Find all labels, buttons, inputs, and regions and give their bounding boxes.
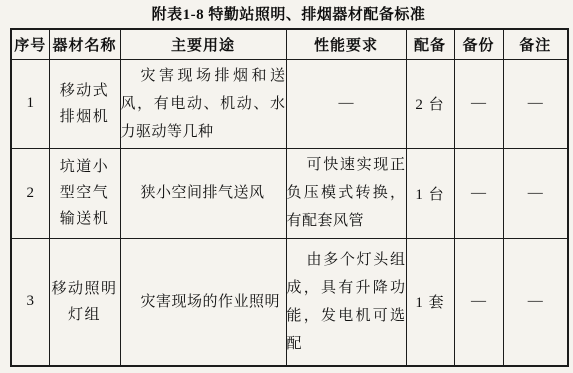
cell-allocation: 1 套 <box>406 238 454 366</box>
header-allocation: 配备 <box>406 29 454 59</box>
cell-main-use: 狭小空间排气送风 <box>120 148 286 238</box>
table-row: 2 坑道小 型空气 输送机 狭小空间排气送风 可快速实现正负压模式转换，有配套风… <box>11 148 568 238</box>
table-title: 附表1-8 特勤站照明、排烟器材配备标准 <box>10 3 567 24</box>
cell-backup: — <box>454 148 503 238</box>
equipment-standard-table: 序号 器材名称 主要用途 性能要求 配备 备份 备注 1 移动式 排烟机 灾害现… <box>10 28 569 367</box>
table-row: 1 移动式 排烟机 灾害现场排烟和送风，有电动、机动、水力驱动等几种 — 2 台… <box>11 59 568 148</box>
cell-serial-number: 2 <box>11 148 49 238</box>
cell-equipment-name: 移动照明 灯组 <box>49 238 120 366</box>
cell-performance-requirement: 可快速实现正负压模式转换，有配套风管 <box>286 148 406 238</box>
cell-equipment-name: 坑道小 型空气 输送机 <box>49 148 120 238</box>
cell-remarks: — <box>503 59 568 148</box>
cell-backup: — <box>454 238 503 366</box>
header-row: 序号 器材名称 主要用途 性能要求 配备 备份 备注 <box>11 29 568 59</box>
cell-backup: — <box>454 59 503 148</box>
cell-allocation: 1 台 <box>406 148 454 238</box>
cell-serial-number: 1 <box>11 59 49 148</box>
cell-main-use: 灾害现场排烟和送风，有电动、机动、水力驱动等几种 <box>120 59 286 148</box>
performance-text: 由多个灯头组成，具有升降功能，发电机可选配 <box>287 246 406 358</box>
header-main-use: 主要用途 <box>120 29 286 59</box>
cell-allocation: 2 台 <box>406 59 454 148</box>
cell-performance-requirement: — <box>286 59 406 148</box>
header-performance-requirement: 性能要求 <box>286 29 406 59</box>
cell-remarks: — <box>503 148 568 238</box>
document-page: 附表1-8 特勤站照明、排烟器材配备标准 序号 器材名称 主要用途 性能要求 配… <box>0 0 573 373</box>
main-use-text: 狭小空间排气送风 <box>121 179 286 207</box>
main-use-text: 灾害现场的作业照明 <box>121 288 286 316</box>
main-use-text: 灾害现场排烟和送风，有电动、机动、水力驱动等几种 <box>121 62 286 146</box>
header-equipment-name: 器材名称 <box>49 29 120 59</box>
header-backup: 备份 <box>454 29 503 59</box>
cell-main-use: 灾害现场的作业照明 <box>120 238 286 366</box>
cell-equipment-name: 移动式 排烟机 <box>49 59 120 148</box>
header-serial-number: 序号 <box>11 29 49 59</box>
cell-serial-number: 3 <box>11 238 49 366</box>
header-remarks: 备注 <box>503 29 568 59</box>
performance-text: 可快速实现正负压模式转换，有配套风管 <box>287 151 406 235</box>
cell-performance-requirement: 由多个灯头组成，具有升降功能，发电机可选配 <box>286 238 406 366</box>
cell-remarks: — <box>503 238 568 366</box>
table-row: 3 移动照明 灯组 灾害现场的作业照明 由多个灯头组成，具有升降功能，发电机可选… <box>11 238 568 366</box>
